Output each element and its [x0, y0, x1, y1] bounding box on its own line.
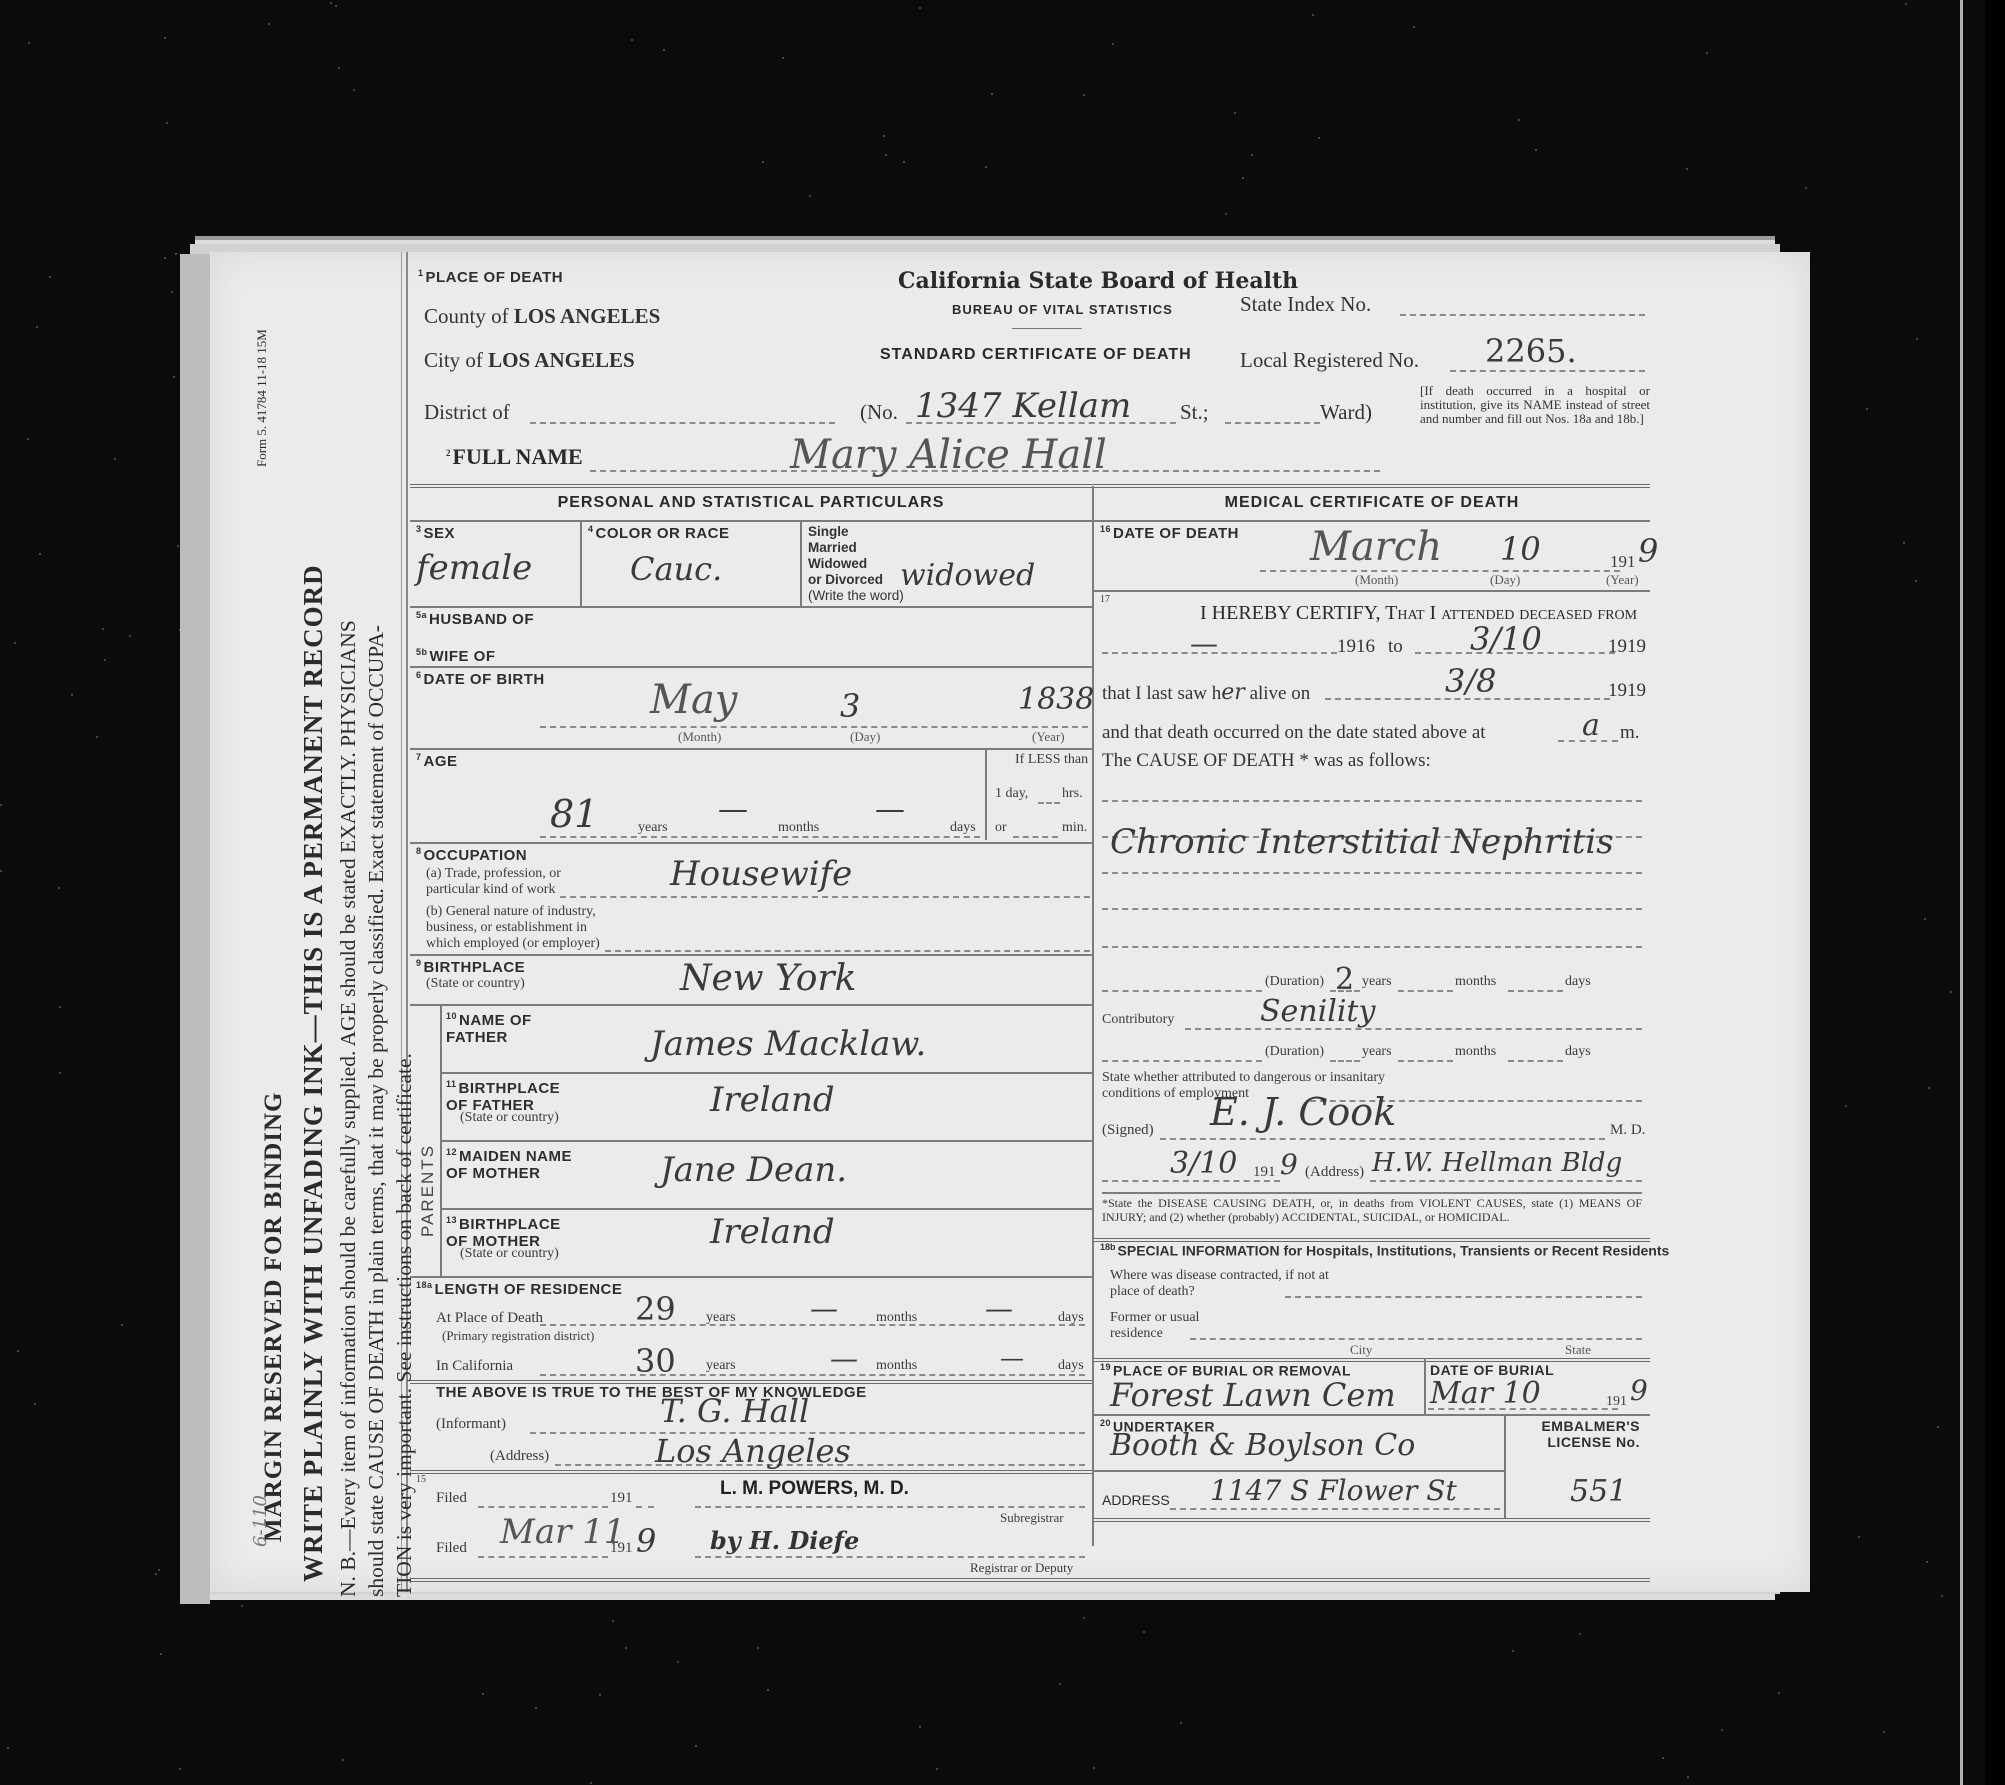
burial-year[interactable]: 9	[1630, 1374, 1648, 1407]
film-speck	[1112, 43, 1114, 45]
film-speck	[1083, 94, 1085, 96]
film-speck	[1512, 1650, 1514, 1652]
film-speck	[1318, 137, 1320, 139]
attended-from-year[interactable]: 1916	[1337, 636, 1375, 658]
film-speck	[1916, 338, 1918, 340]
certificate-form: 1PLACE OF DEATH County of LOS ANGELES Ci…	[410, 252, 1810, 1592]
filed-year-value[interactable]: 9	[636, 1522, 656, 1560]
time-of-death[interactable]: a	[1582, 708, 1600, 743]
st-label: St.;	[1180, 400, 1209, 425]
cause-intro: The CAUSE OF DEATH * was as follows:	[1102, 750, 1431, 772]
film-speck	[991, 93, 993, 95]
film-speck	[1312, 14, 1314, 16]
film-speck	[1926, 1561, 1928, 1563]
residence-place-days[interactable]: —	[985, 1292, 1013, 1325]
date-of-death-label: 16DATE OF DEATH	[1100, 524, 1239, 542]
birthplace-value[interactable]: New York	[680, 958, 856, 999]
film-speck	[59, 1006, 61, 1008]
district-field[interactable]	[530, 422, 835, 424]
film-speck	[612, 1620, 614, 1622]
film-speck	[885, 154, 887, 156]
board-title: California State Board of Health	[898, 268, 1298, 294]
embalmer-license-value[interactable]: 551	[1570, 1474, 1627, 1509]
film-speck	[1805, 187, 1807, 189]
age-minutes-field[interactable]	[1013, 836, 1058, 838]
film-speck	[757, 1647, 759, 1649]
subregistrar-name: L. M. POWERS, M. D.	[720, 1478, 909, 1500]
age-label: 7AGE	[416, 752, 458, 770]
burial-date-value[interactable]: Mar 10	[1430, 1376, 1541, 1411]
film-speck	[767, 1689, 769, 1691]
film-speck	[338, 67, 340, 69]
wife-of-label: 5bWIFE OF	[416, 647, 496, 665]
film-speck	[590, 1782, 592, 1784]
birthplace-label: 9BIRTHPLACE	[416, 958, 525, 976]
deputy-signature[interactable]: by H. Diefe	[710, 1526, 859, 1555]
attended-to-year[interactable]: 1919	[1608, 636, 1646, 658]
father-birthplace-value[interactable]: Ireland	[710, 1080, 835, 1120]
ward-field[interactable]	[1225, 422, 1320, 424]
film-speck	[535, 1707, 537, 1709]
film-speck	[166, 122, 168, 124]
filed-date-value[interactable]: Mar 11	[500, 1512, 625, 1552]
mother-birthplace-label: 13BIRTHPLACE OF MOTHER	[446, 1212, 566, 1250]
film-speck	[59, 1072, 61, 1074]
film-speck	[104, 659, 106, 661]
film-speck	[1903, 542, 1905, 544]
occupation-label: 8OCCUPATION	[416, 846, 527, 864]
street-address-value[interactable]: 1347 Kellam	[915, 386, 1131, 426]
physician-signature[interactable]: E. J. Cook	[1210, 1090, 1396, 1134]
mother-birthplace-value[interactable]: Ireland	[710, 1212, 835, 1252]
film-speck	[0, 804, 2, 806]
film-speck	[49, 276, 51, 278]
film-speck	[809, 195, 811, 197]
residence-ca-months[interactable]: —	[830, 1342, 858, 1375]
race-value[interactable]: Cauc.	[630, 550, 722, 588]
film-speck	[129, 635, 131, 637]
residence-ca-days[interactable]: —	[1000, 1344, 1024, 1372]
binding-margin: Form 5. 41784 11-18 15M MARGIN RESERVED …	[210, 252, 408, 1592]
disease-contracted-field[interactable]	[1285, 1296, 1642, 1298]
cause-of-death-value[interactable]: Chronic Interstitial Nephritis	[1110, 822, 1614, 862]
personal-section-title: PERSONAL AND STATISTICAL PARTICULARS	[410, 494, 1092, 512]
sex-value[interactable]: female	[416, 548, 532, 588]
father-name-label: 10NAME OF FATHER	[446, 1008, 556, 1046]
film-speck	[1721, 1729, 1723, 1731]
dob-year[interactable]: 1838	[1018, 682, 1094, 717]
burial-place-value[interactable]: Forest Lawn Cem	[1110, 1376, 1396, 1414]
residence-place-months[interactable]: —	[810, 1292, 838, 1325]
cause-duration-years[interactable]: 2	[1335, 962, 1354, 997]
film-speck	[1083, 1617, 1085, 1619]
undertaker-address-value[interactable]: 1147 S Flower St	[1210, 1474, 1457, 1507]
age-days[interactable]: —	[875, 792, 905, 827]
hospital-note: [If death occurred in a hospital or inst…	[1420, 384, 1650, 426]
date-of-death-year[interactable]: 9	[1638, 532, 1658, 570]
mother-name-value[interactable]: Jane Dean.	[660, 1150, 847, 1190]
film-speck	[1093, 1767, 1095, 1769]
county-value: LOS ANGELES	[514, 304, 660, 328]
film-speck	[164, 37, 166, 39]
physician-address[interactable]: H.W. Hellman Bldg	[1372, 1148, 1622, 1178]
street-no-label: (No.	[860, 400, 898, 425]
film-speck	[1518, 119, 1520, 121]
film-speck	[36, 326, 38, 328]
contributory-value[interactable]: Senility	[1260, 994, 1375, 1029]
city-field: City of LOS ANGELES	[424, 348, 635, 373]
film-speck	[985, 166, 987, 168]
film-speck	[164, 257, 166, 259]
film-speck	[1905, 3, 1907, 5]
film-speck	[631, 39, 633, 41]
city-value: LOS ANGELES	[488, 348, 634, 372]
film-speck	[155, 1573, 157, 1575]
handwritten-reference: 6-110	[250, 1495, 271, 1547]
nb-instructions-1: N. B.—Every item of information should b…	[336, 620, 361, 1597]
informant-address[interactable]: Los Angeles	[655, 1432, 851, 1470]
film-edge-line	[1960, 0, 1963, 1785]
film-speck	[173, 376, 175, 378]
film-speck	[241, 1605, 243, 1607]
residence-ca-years[interactable]: 30	[635, 1342, 676, 1380]
film-speck	[1059, 1683, 1061, 1685]
film-speck	[1915, 580, 1917, 582]
sex-label: 3SEX	[416, 524, 455, 542]
film-speck	[782, 57, 784, 59]
signed-year[interactable]: 9	[1280, 1148, 1298, 1181]
binding-note: MARGIN RESERVED FOR BINDING	[260, 1092, 288, 1542]
film-speck	[28, 42, 30, 44]
embalmer-license-label: EMBALMER'S LICENSE No.	[1510, 1418, 1640, 1450]
local-reg-value[interactable]: 2265.	[1485, 332, 1577, 370]
film-speck	[1928, 1087, 1930, 1089]
date-of-death-month[interactable]: March	[1310, 524, 1442, 570]
age-years[interactable]: 81	[550, 792, 598, 836]
husband-of-label: 5aHUSBAND OF	[416, 610, 534, 628]
certificate-title: STANDARD CERTIFICATE OF DEATH	[880, 346, 1192, 364]
film-speck	[160, 1653, 162, 1655]
occupation-a-label: (a) Trade, profession, or particular kin…	[426, 866, 596, 898]
film-speck	[919, 1726, 921, 1728]
stacked-sheet-edge	[180, 254, 210, 1604]
dob-month[interactable]: May	[650, 677, 737, 723]
film-speck	[1883, 1731, 1885, 1733]
film-speck	[677, 1661, 679, 1663]
film-speck	[883, 135, 885, 137]
parents-label: PARENTS	[418, 1144, 438, 1237]
date-of-death-day[interactable]: 10	[1500, 530, 1541, 568]
film-speck	[342, 1759, 344, 1761]
film-speck	[268, 23, 270, 25]
film-edge	[1985, 0, 2005, 1785]
district-label: District of	[424, 400, 510, 425]
place-of-death-label: 1PLACE OF DEATH	[418, 268, 563, 286]
mother-name-label: 12MAIDEN NAME OF MOTHER	[446, 1144, 596, 1182]
medical-section-title: MEDICAL CERTIFICATE OF DEATH	[1094, 494, 1650, 512]
father-birthplace-label: 11BIRTHPLACE OF FATHER	[446, 1076, 566, 1114]
informant-value[interactable]: T. G. Hall	[660, 1392, 809, 1430]
film-speck	[158, 1569, 160, 1571]
film-speck	[1950, 991, 1952, 993]
signed-date[interactable]: 3/10	[1170, 1146, 1237, 1181]
residence-place-years[interactable]: 29	[635, 1290, 676, 1328]
column-divider	[1092, 486, 1094, 1546]
permanent-record-note: WRITE PLAINLY WITH UNFADING INK—THIS IS …	[298, 564, 329, 1582]
film-speck	[96, 736, 98, 738]
film-speck	[1845, 1105, 1847, 1107]
film-speck	[121, 1324, 123, 1326]
film-speck	[171, 291, 173, 293]
film-speck	[1143, 1631, 1145, 1633]
film-speck	[1937, 1426, 1939, 1428]
age-months[interactable]: —	[718, 792, 748, 827]
film-speck	[1924, 918, 1926, 920]
film-speck	[0, 870, 2, 872]
film-speck	[762, 161, 764, 163]
film-speck	[599, 1694, 601, 1696]
film-speck	[34, 1403, 36, 1405]
marital-status-value[interactable]: widowed	[900, 558, 1035, 593]
special-info-label: 18bSPECIAL INFORMATION for Hospitals, In…	[1100, 1242, 1669, 1259]
film-speck	[1180, 1722, 1182, 1724]
less-than-label: If LESS than	[1015, 752, 1088, 768]
film-speck	[663, 49, 665, 51]
marital-status-options: Single Married Widowed or Divorced (Writ…	[808, 524, 904, 604]
film-speck	[58, 887, 60, 889]
film-speck	[919, 7, 921, 9]
death-certificate: Form 5. 41784 11-18 15M MARGIN RESERVED …	[210, 252, 1810, 1592]
film-speck	[1662, 1757, 1664, 1759]
dob-label: 6DATE OF BIRTH	[416, 670, 545, 688]
bureau-title: BUREAU OF VITAL STATISTICS	[952, 302, 1173, 317]
attended-to[interactable]: 3/10	[1470, 620, 1542, 658]
film-speck	[335, 5, 337, 7]
film-speck	[1251, 154, 1253, 156]
film-speck	[102, 628, 104, 630]
film-speck	[177, 545, 179, 547]
age-hours-field[interactable]	[1038, 802, 1060, 804]
occupation-b-label: (b) General nature of industry, business…	[426, 904, 616, 952]
dob-day[interactable]: 3	[840, 687, 860, 725]
film-speck	[1413, 26, 1415, 28]
film-speck	[903, 161, 905, 163]
film-speck	[39, 553, 41, 555]
film-speck	[625, 1647, 627, 1649]
state-index-label: State Index No.	[1240, 292, 1371, 317]
full-name-value[interactable]: Mary Alice Hall	[790, 432, 1107, 478]
film-speck	[1866, 408, 1868, 410]
last-saw-year[interactable]: 1919	[1608, 680, 1646, 702]
last-saw-date[interactable]: 3/8	[1445, 662, 1497, 700]
occupation-a-value[interactable]: Housewife	[670, 854, 852, 894]
film-speck	[1858, 1536, 1860, 1538]
state-index-field[interactable]	[1400, 314, 1645, 316]
film-speck	[695, 1745, 697, 1747]
local-reg-label: Local Registered No.	[1240, 348, 1419, 373]
film-speck	[14, 642, 16, 644]
film-speck	[1535, 149, 1537, 151]
film-speck	[353, 89, 355, 91]
film-speck	[1579, 1633, 1581, 1635]
film-speck	[179, 1768, 181, 1770]
nb-instructions-2: should state CAUSE OF DEATH in plain ter…	[364, 625, 389, 1597]
undertaker-value[interactable]: Booth & Boylson Co	[1110, 1428, 1415, 1463]
cause-footnote: *State the DISEASE CAUSING DEATH, or, in…	[1102, 1196, 1642, 1224]
film-speck	[1706, 52, 1708, 54]
film-speck	[1778, 1692, 1780, 1694]
film-speck	[1234, 112, 1236, 114]
film-speck	[1686, 168, 1688, 170]
former-residence-field[interactable]	[1190, 1338, 1642, 1340]
film-speck	[1687, 1776, 1689, 1778]
residence-label: 18aLENGTH OF RESIDENCE	[416, 1280, 622, 1298]
film-speck	[27, 438, 29, 440]
film-speck	[936, 1768, 938, 1770]
race-label: 4COLOR OR RACE	[588, 524, 730, 542]
ward-label: Ward)	[1320, 400, 1372, 425]
film-speck	[71, 694, 73, 696]
film-speck	[330, 2, 332, 4]
film-speck	[114, 458, 116, 460]
film-speck	[175, 253, 177, 255]
last-saw-pronoun[interactable]: er	[1221, 680, 1245, 705]
attended-from[interactable]: —	[1190, 627, 1218, 660]
film-speck	[1225, 213, 1227, 215]
full-name-label: 2FULL NAME	[446, 444, 583, 470]
certify-statement: I HEREBY CERTIFY, That I attended deceas…	[1200, 602, 1637, 625]
filed-date-field[interactable]	[478, 1506, 608, 1508]
film-speck	[482, 1693, 484, 1695]
film-speck	[7, 1747, 9, 1749]
film-speck	[1242, 177, 1244, 179]
film-speck	[17, 1350, 19, 1352]
occupation-b-field[interactable]	[605, 950, 1090, 952]
film-speck	[1941, 1595, 1943, 1597]
county-field: County of LOS ANGELES	[424, 304, 660, 329]
father-name-value[interactable]: James Macklaw.	[650, 1024, 926, 1064]
